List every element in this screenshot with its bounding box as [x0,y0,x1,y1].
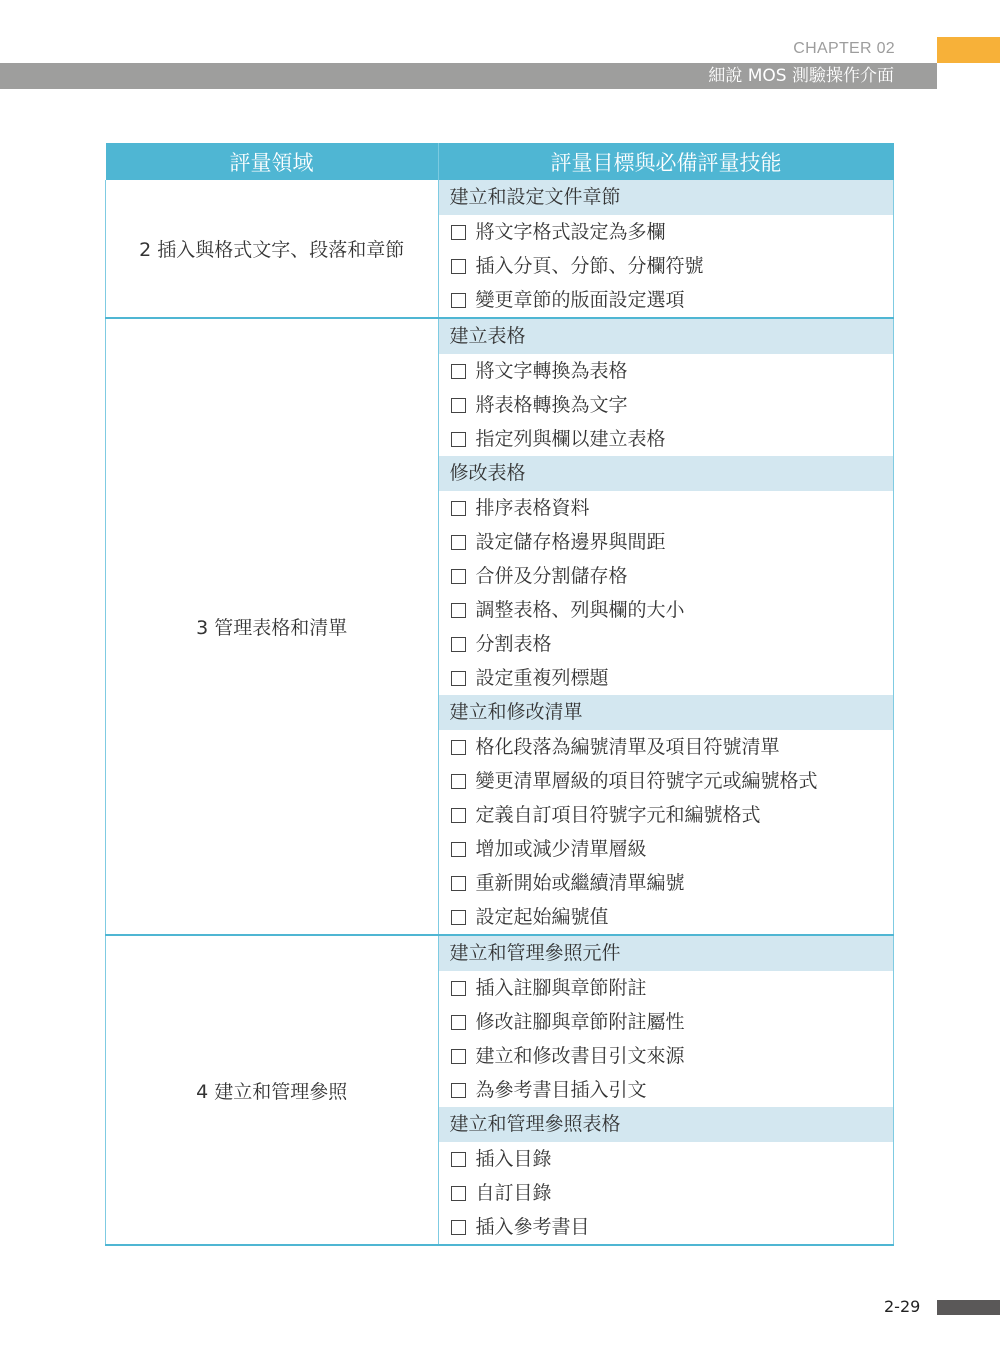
list-item: 調整表格、列與欄的大小 [439,593,894,627]
section-header: 修改表格 [439,456,894,491]
item-label: 變更清單層級的項目符號字元或編號格式 [476,764,818,798]
list-item: 將文字格式設定為多欄 [439,215,894,249]
checkbox-icon [451,569,466,584]
checkbox-icon [451,637,466,652]
list-item: 重新開始或繼續清單編號 [439,866,894,900]
item-label: 調整表格、列與欄的大小 [476,593,685,627]
item-label: 將表格轉換為文字 [476,388,628,422]
exam-objectives-table: 評量領域 評量目標與必備評量技能 2 插入與格式文字、段落和章節 建立和設定文件… [105,143,894,1246]
checkbox-icon [451,740,466,755]
table-row: 3 管理表格和清單 建立表格 將文字轉換為表格 將表格轉換為文字 指定列與欄以建… [106,318,894,935]
checkbox-icon [451,398,466,413]
list-item: 插入註腳與章節附註 [439,971,894,1005]
section-header: 建立和管理參照元件 [439,936,894,971]
list-item: 分割表格 [439,627,894,661]
item-label: 設定起始編號值 [476,900,609,934]
checkbox-icon [451,225,466,240]
item-label: 設定儲存格邊界與間距 [476,525,666,559]
checkbox-icon [451,671,466,686]
checkbox-icon [451,1220,466,1235]
item-label: 為參考書目插入引文 [476,1073,647,1107]
checkbox-icon [451,1049,466,1064]
item-label: 變更章節的版面設定選項 [476,283,685,317]
section-header: 建立和設定文件章節 [439,180,894,215]
table-row: 4 建立和管理參照 建立和管理參照元件 插入註腳與章節附註 修改註腳與章節附註屬… [106,935,894,1245]
item-label: 設定重複列標題 [476,661,609,695]
chapter-title: 細說 MOS 測驗操作介面 [708,65,894,87]
section-header: 建立表格 [439,319,894,354]
checkbox-icon [451,1083,466,1098]
item-label: 合併及分割儲存格 [476,559,628,593]
orange-accent-block [937,37,1000,63]
checkbox-icon [451,293,466,308]
skills-cell: 建立和管理參照元件 插入註腳與章節附註 修改註腳與章節附註屬性 建立和修改書目引… [438,935,894,1245]
checkbox-icon [451,774,466,789]
list-item: 合併及分割儲存格 [439,559,894,593]
item-label: 增加或減少清單層級 [476,832,647,866]
column-header-skills: 評量目標與必備評量技能 [438,143,894,180]
checkbox-icon [451,842,466,857]
checkbox-icon [451,364,466,379]
list-item: 變更清單層級的項目符號字元或編號格式 [439,764,894,798]
item-label: 重新開始或繼續清單編號 [476,866,685,900]
checkbox-icon [451,1015,466,1030]
list-item: 自訂目錄 [439,1176,894,1210]
item-label: 定義自訂項目符號字元和編號格式 [476,798,761,832]
list-item: 指定列與欄以建立表格 [439,422,894,456]
item-label: 格化段落為編號清單及項目符號清單 [476,730,780,764]
list-item: 設定重複列標題 [439,661,894,695]
checkbox-icon [451,1152,466,1167]
list-item: 修改註腳與章節附註屬性 [439,1005,894,1039]
section-header: 建立和管理參照表格 [439,1107,894,1142]
item-label: 插入參考書目 [476,1210,590,1244]
list-item: 增加或減少清單層級 [439,832,894,866]
item-label: 指定列與欄以建立表格 [476,422,666,456]
list-item: 插入參考書目 [439,1210,894,1244]
list-item: 格化段落為編號清單及項目符號清單 [439,730,894,764]
domain-cell: 4 建立和管理參照 [106,935,439,1245]
chapter-label: CHAPTER 02 [793,40,895,58]
checkbox-icon [451,603,466,618]
item-label: 插入分頁、分節、分欄符號 [476,249,704,283]
list-item: 設定儲存格邊界與間距 [439,525,894,559]
item-label: 將文字轉換為表格 [476,354,628,388]
list-item: 設定起始編號值 [439,900,894,934]
list-item: 將文字轉換為表格 [439,354,894,388]
list-item: 插入分頁、分節、分欄符號 [439,249,894,283]
checkbox-icon [451,808,466,823]
footer-bar [937,1300,1000,1315]
checkbox-icon [451,501,466,516]
list-item: 變更章節的版面設定選項 [439,283,894,317]
checkbox-icon [451,1186,466,1201]
checkbox-icon [451,432,466,447]
item-label: 建立和修改書目引文來源 [476,1039,685,1073]
item-label: 插入註腳與章節附註 [476,971,647,1005]
checkbox-icon [451,259,466,274]
skills-cell: 建立表格 將文字轉換為表格 將表格轉換為文字 指定列與欄以建立表格 修改表格 排… [438,318,894,935]
checkbox-icon [451,981,466,996]
item-label: 插入目錄 [476,1142,552,1176]
item-label: 將文字格式設定為多欄 [476,215,666,249]
column-header-domain: 評量領域 [106,143,439,180]
list-item: 將表格轉換為文字 [439,388,894,422]
list-item: 定義自訂項目符號字元和編號格式 [439,798,894,832]
item-label: 自訂目錄 [476,1176,552,1210]
section-header: 建立和修改清單 [439,695,894,730]
list-item: 插入目錄 [439,1142,894,1176]
table-header-row: 評量領域 評量目標與必備評量技能 [106,143,894,180]
page-number: 2-29 [884,1297,920,1316]
domain-cell: 2 插入與格式文字、段落和章節 [106,180,439,318]
domain-cell: 3 管理表格和清單 [106,318,439,935]
checkbox-icon [451,910,466,925]
item-label: 分割表格 [476,627,552,661]
checkbox-icon [451,535,466,550]
table-row: 2 插入與格式文字、段落和章節 建立和設定文件章節 將文字格式設定為多欄 插入分… [106,180,894,318]
skills-cell: 建立和設定文件章節 將文字格式設定為多欄 插入分頁、分節、分欄符號 變更章節的版… [438,180,894,318]
checkbox-icon [451,876,466,891]
list-item: 建立和修改書目引文來源 [439,1039,894,1073]
chapter-banner: 細說 MOS 測驗操作介面 [0,63,937,89]
list-item: 為參考書目插入引文 [439,1073,894,1107]
item-label: 修改註腳與章節附註屬性 [476,1005,685,1039]
item-label: 排序表格資料 [476,491,590,525]
list-item: 排序表格資料 [439,491,894,525]
